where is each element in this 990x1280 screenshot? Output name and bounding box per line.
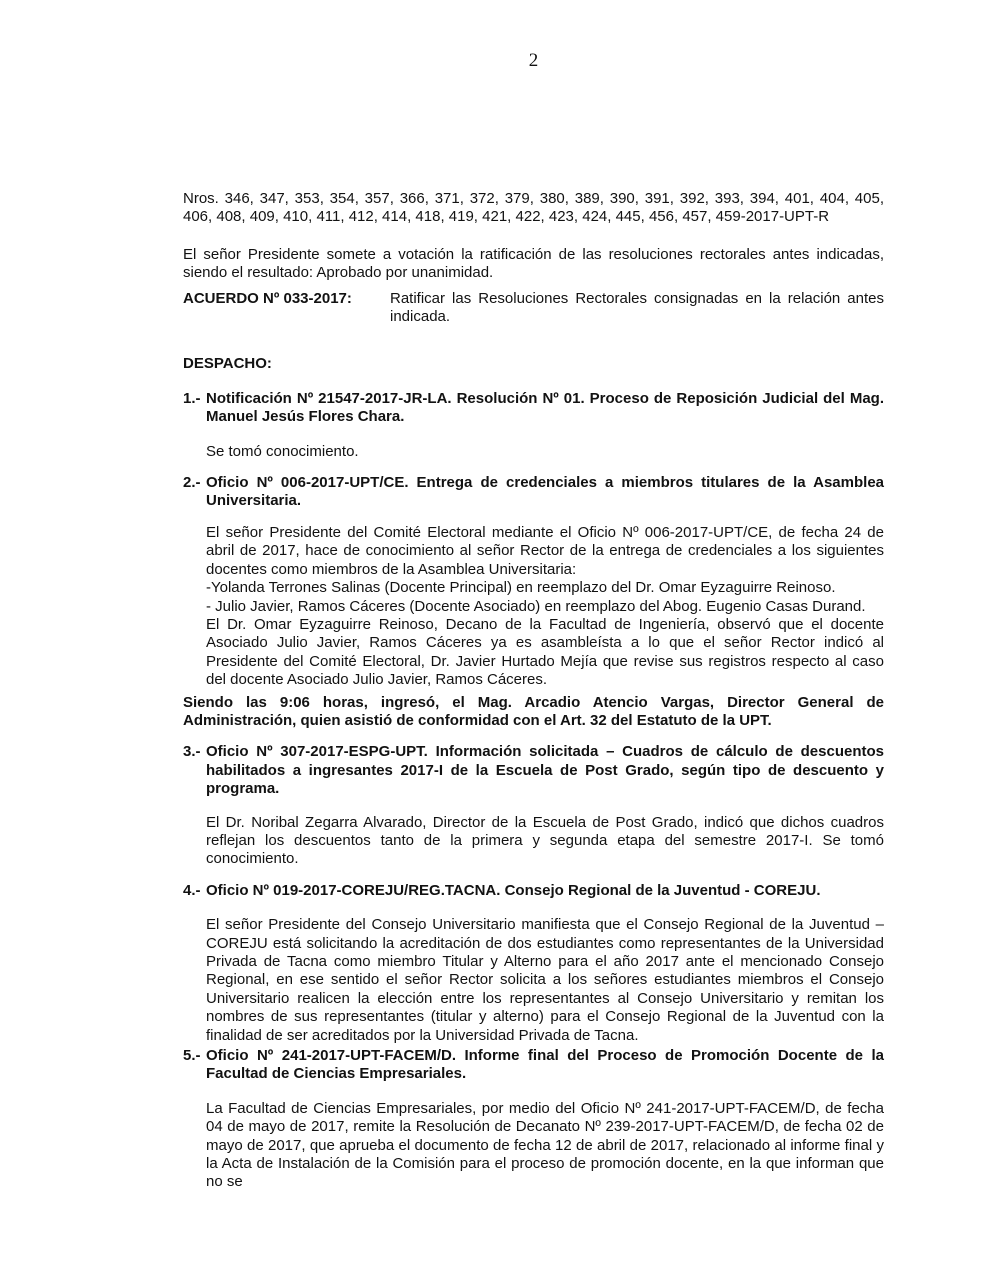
despacho-item-5: 5.-Oficio Nº 241-2017-UPT-FACEM/D. Infor… [183, 1047, 884, 1192]
item-4-body-paragraph: El señor Presidente del Consejo Universi… [206, 916, 884, 1045]
item-5-number: 5.- [183, 1047, 201, 1065]
despacho-item-4: 4.-Oficio Nº 019-2017-COREJU/REG.TACNA. … [183, 882, 884, 1045]
item-4-title: 4.-Oficio Nº 019-2017-COREJU/REG.TACNA. … [183, 882, 884, 900]
item-2-number: 2.- [183, 474, 201, 492]
item-3-title: 3.-Oficio Nº 307-2017-ESPG-UPT. Informac… [183, 743, 884, 798]
resolutions-numbers-paragraph: Nros. 346, 347, 353, 354, 357, 366, 371,… [183, 190, 884, 227]
document-page: 2 Nros. 346, 347, 353, 354, 357, 366, 37… [0, 0, 990, 1280]
vote-result-paragraph: El señor Presidente somete a votación la… [183, 246, 884, 283]
item-2-body-paragraph-2: -Yolanda Terrones Salinas (Docente Princ… [206, 579, 884, 597]
item-4-title-text: Oficio Nº 019-2017-COREJU/REG.TACNA. Con… [206, 882, 820, 899]
item-5-title: 5.-Oficio Nº 241-2017-UPT-FACEM/D. Infor… [183, 1047, 884, 1084]
acuerdo-label: ACUERDO Nº 033-2017: [183, 290, 390, 327]
item-4-number: 4.- [183, 882, 201, 900]
item-5-title-text: Oficio Nº 241-2017-UPT-FACEM/D. Informe … [206, 1047, 884, 1082]
item-2-title: 2.-Oficio Nº 006-2017-UPT/CE. Entrega de… [183, 474, 884, 511]
item-1-body-paragraph: Se tomó conocimiento. [206, 443, 884, 461]
despacho-item-3: 3.-Oficio Nº 307-2017-ESPG-UPT. Informac… [183, 743, 884, 868]
acuerdo-text: Ratificar las Resoluciones Rectorales co… [390, 290, 884, 327]
acuerdo-block: ACUERDO Nº 033-2017: Ratificar las Resol… [183, 290, 884, 327]
item-2-body-paragraph-3: - Julio Javier, Ramos Cáceres (Docente A… [206, 598, 884, 616]
page-content: 2 Nros. 346, 347, 353, 354, 357, 366, 37… [183, 0, 884, 1192]
page-number: 2 [183, 50, 884, 72]
item-2-body: El señor Presidente del Comité Electoral… [206, 524, 884, 690]
item-3-title-text: Oficio Nº 307-2017-ESPG-UPT. Información… [206, 743, 884, 797]
item-4-body: El señor Presidente del Consejo Universi… [206, 916, 884, 1045]
item-5-body: La Facultad de Ciencias Empresariales, p… [206, 1100, 884, 1192]
item-2-body-paragraph-4: El Dr. Omar Eyzaguirre Reinoso, Decano d… [206, 616, 884, 690]
item-1-title: 1.-Notificación Nº 21547-2017-JR-LA. Res… [183, 390, 884, 427]
item-1-body: Se tomó conocimiento. [206, 443, 884, 461]
item-3-number: 3.- [183, 743, 201, 761]
item-1-number: 1.- [183, 390, 201, 408]
item-5-body-paragraph: La Facultad de Ciencias Empresariales, p… [206, 1100, 884, 1192]
item-1-title-text: Notificación Nº 21547-2017-JR-LA. Resolu… [206, 390, 884, 425]
session-entry-note: Siendo las 9:06 horas, ingresó, el Mag. … [183, 694, 884, 731]
item-3-body: El Dr. Noribal Zegarra Alvarado, Directo… [206, 814, 884, 869]
item-2-title-text: Oficio Nº 006-2017-UPT/CE. Entrega de cr… [206, 474, 884, 509]
item-3-body-paragraph: El Dr. Noribal Zegarra Alvarado, Directo… [206, 814, 884, 869]
despacho-heading: DESPACHO: [183, 355, 884, 373]
despacho-item-2: 2.-Oficio Nº 006-2017-UPT/CE. Entrega de… [183, 474, 884, 689]
item-2-body-paragraph-1: El señor Presidente del Comité Electoral… [206, 524, 884, 579]
despacho-item-1: 1.-Notificación Nº 21547-2017-JR-LA. Res… [183, 390, 884, 461]
